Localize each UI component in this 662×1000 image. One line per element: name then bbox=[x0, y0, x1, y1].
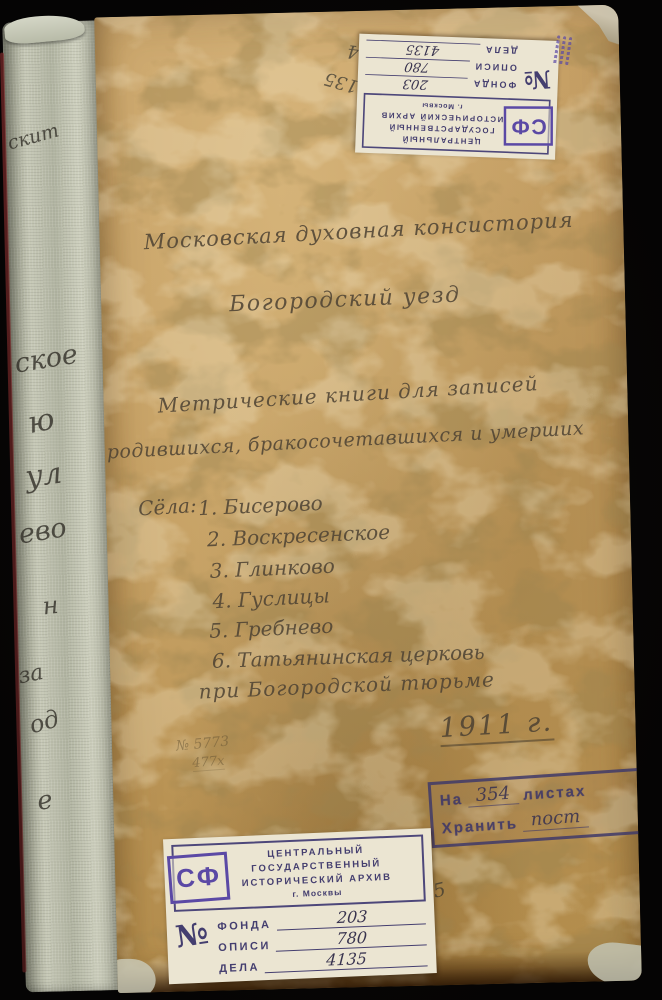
year-inscription: 1911 г. bbox=[439, 706, 554, 747]
fond-label: ФОНДА bbox=[217, 918, 272, 932]
delo-label: ДЕЛА bbox=[484, 44, 518, 55]
sheets-line: На 354 листах bbox=[439, 776, 636, 809]
spine-writing-fragment: ское bbox=[12, 339, 80, 380]
spine-writing-fragment: ул bbox=[23, 456, 64, 495]
spine-writing-fragment: ево bbox=[16, 512, 68, 550]
sheets-prefix: На bbox=[439, 791, 463, 810]
archive-reference-rows: № ФОНДА 203 ОПИСИ 780 ДЕЛА 4135 bbox=[174, 906, 428, 977]
small-illegible-stamp bbox=[549, 35, 575, 68]
number-sign: № bbox=[522, 45, 552, 94]
keep-line: Хранить пост bbox=[441, 804, 638, 837]
sheets-value: 354 bbox=[467, 784, 519, 807]
villages-label: Сёла: bbox=[137, 493, 197, 520]
archive-reference-rows: № ФОНДА 203 ОПИСИ 780 ДЕЛА 4135 bbox=[364, 40, 553, 96]
delo-value: 4135 bbox=[364, 40, 480, 59]
spine-writing-fragment: ю bbox=[25, 402, 58, 442]
marbled-cover: СФ ЦЕНТРАЛЬНЫЙ ГОСУДАРСТВЕННЫЙ ИСТОРИЧЕС… bbox=[94, 5, 642, 994]
delo-value: 4135 bbox=[265, 948, 429, 973]
opis-label: ОПИСИ bbox=[473, 61, 517, 72]
keep-label: Хранить bbox=[441, 815, 518, 837]
delo-label: ДЕЛА bbox=[219, 961, 260, 975]
keep-value: пост bbox=[522, 807, 589, 831]
opis-label: ОПИСИ bbox=[218, 940, 271, 954]
archive-label-top: СФ ЦЕНТРАЛЬНЫЙ ГОСУДАРСТВЕННЫЙ ИСТОРИЧЕС… bbox=[355, 34, 559, 160]
spine-writing-fragment: од bbox=[26, 704, 62, 739]
archive-label-bottom: СФ ЦЕНТРАЛЬНЫЙ ГОСУДАРСТВЕННЫЙ ИСТОРИЧЕС… bbox=[163, 828, 437, 984]
sheets-suffix: листах bbox=[523, 783, 587, 804]
pencil-note: 477х bbox=[192, 754, 225, 772]
book-cover: скит ское ю ул ево н за од е bbox=[2, 5, 642, 996]
archive-name-box: СФ ЦЕНТРАЛЬНЫЙ ГОСУДАРСТВЕННЫЙ ИСТОРИЧЕС… bbox=[171, 834, 426, 911]
spine-writing-fragment: за bbox=[16, 660, 46, 689]
spine-writing-fragment: е bbox=[35, 785, 55, 817]
photo-backdrop: скит ское ю ул ево н за од е bbox=[0, 0, 662, 1000]
spine-writing-fragment: н bbox=[41, 591, 60, 621]
archive-name-box: СФ ЦЕНТРАЛЬНЫЙ ГОСУДАРСТВЕННЫЙ ИСТОРИЧЕС… bbox=[362, 93, 551, 154]
opis-value: 780 bbox=[276, 927, 428, 951]
sf-stamp: СФ bbox=[504, 106, 553, 145]
number-sign: № bbox=[173, 916, 214, 978]
fond-label: ФОНДА bbox=[472, 78, 517, 89]
spine-frayed-top bbox=[3, 12, 85, 45]
fond-row: ФОНДА 203 bbox=[364, 74, 516, 94]
fond-value: 203 bbox=[277, 906, 427, 930]
opis-value: 780 bbox=[364, 57, 470, 75]
spine-writing-fragment: скит bbox=[5, 119, 61, 154]
sf-stamp: СФ bbox=[167, 852, 231, 904]
fond-value: 203 bbox=[363, 74, 468, 92]
